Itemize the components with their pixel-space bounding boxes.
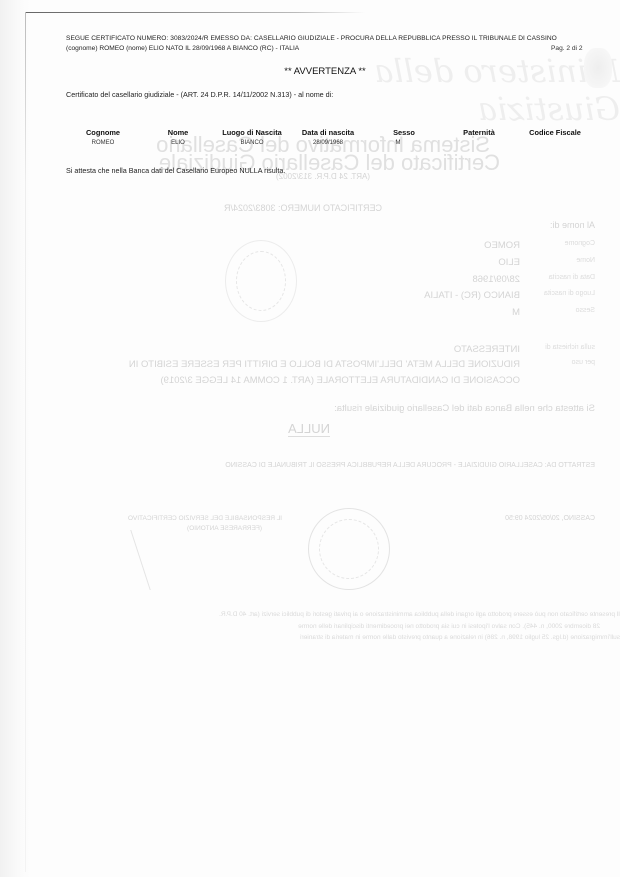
column-header-cognome: Cognome — [86, 128, 120, 137]
attestation-text: Si attesta che nella Banca dati del Case… — [66, 166, 285, 175]
document-foreground: SEGUE CERTIFICATO NUMERO: 3083/2024/R EM… — [0, 0, 620, 877]
column-header-data: Data di nascita — [302, 128, 354, 137]
cell-nome: ELIO — [171, 140, 185, 146]
cell-luogo: BIANCO — [240, 140, 263, 146]
certificate-intro: Certificato del casellario giudiziale - … — [66, 90, 333, 99]
column-header-paternita: Paternità — [463, 128, 495, 137]
column-header-codice-fiscale: Codice Fiscale — [529, 128, 581, 137]
column-header-nome: Nome — [168, 128, 189, 137]
header-person-line: (cognome) ROMEO (nome) ELIO NATO IL 28/0… — [66, 45, 299, 52]
cell-cognome: ROMEO — [92, 140, 115, 146]
page-indicator: Pag. 2 di 2 — [551, 45, 583, 52]
cell-sesso: M — [396, 140, 401, 146]
column-header-sesso: Sesso — [393, 128, 415, 137]
scanned-page: Ministero della Giustizia Sistema Inform… — [0, 0, 620, 877]
header-certificate-line: SEGUE CERTIFICATO NUMERO: 3083/2024/R EM… — [66, 35, 557, 42]
column-header-luogo: Luogo di Nascita — [222, 128, 282, 137]
cell-data: 28/09/1968 — [313, 140, 343, 146]
warning-title: ** AVVERTENZA ** — [0, 66, 620, 77]
